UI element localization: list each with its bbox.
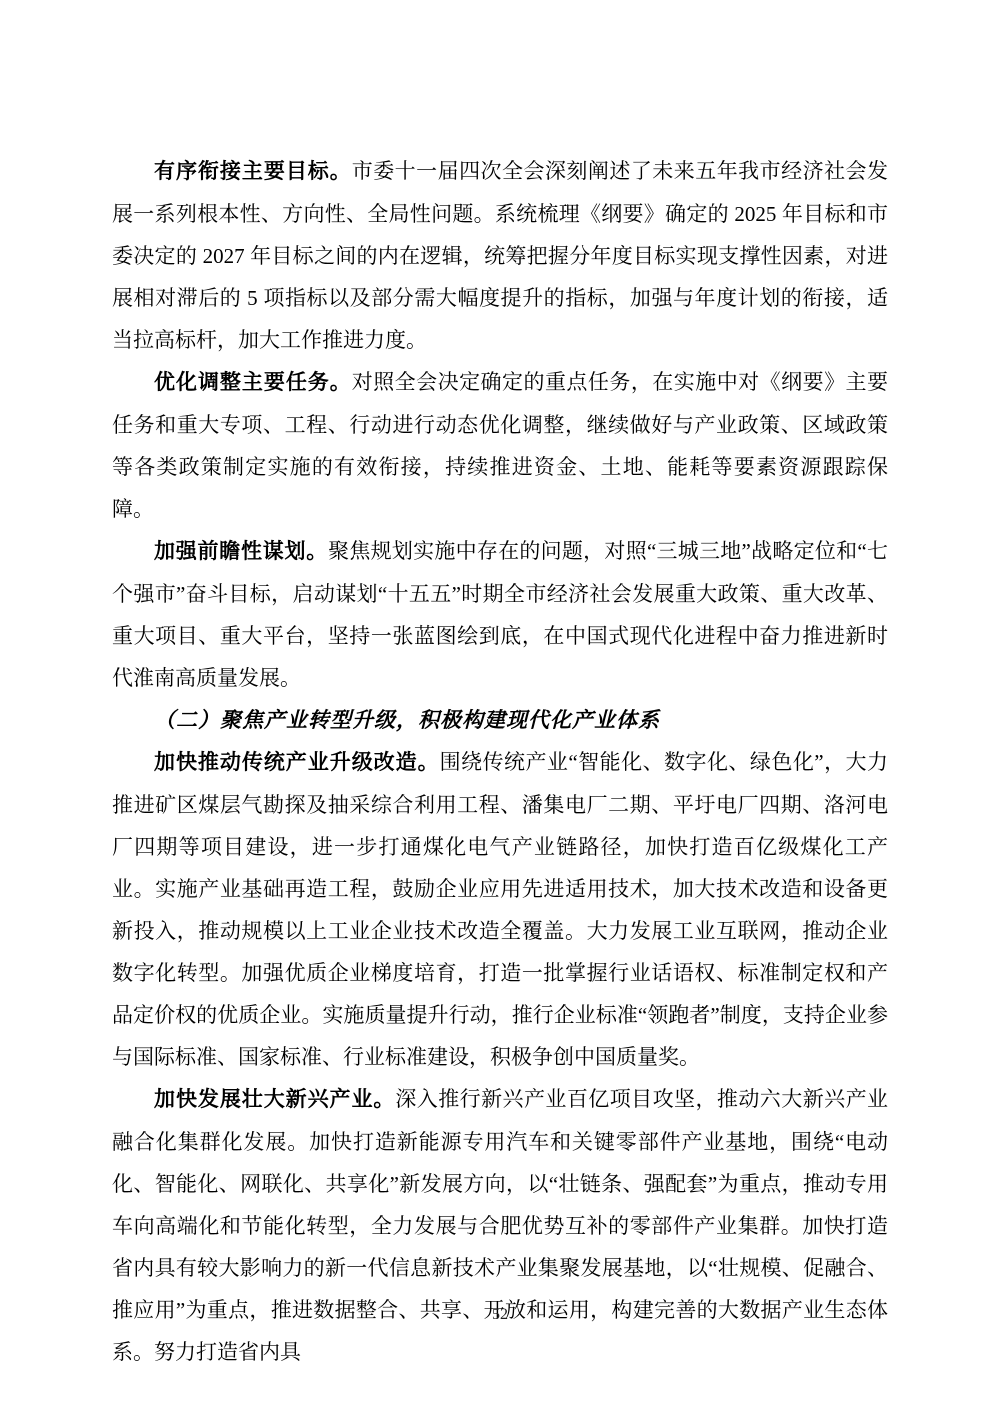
paragraph-main-tasks: 优化调整主要任务。对照全会决定确定的重点任务，在实施中对《纲要》主要任务和重大专… bbox=[112, 361, 888, 530]
paragraph-emerging-industry: 加快发展壮大新兴产业。深入推行新兴产业百亿项目攻坚，推动六大新兴产业融合化集群化… bbox=[112, 1078, 888, 1373]
paragraph-forward-planning: 加强前瞻性谋划。聚焦规划实施中存在的问题，对照“三城三地”战略定位和“七个强市”… bbox=[112, 530, 888, 699]
paragraph-traditional-industry-lead: 加快推动传统产业升级改造。 bbox=[154, 751, 440, 774]
paragraph-main-goals-lead: 有序衔接主要目标。 bbox=[154, 160, 352, 183]
document-body: 有序衔接主要目标。市委十一届四次全会深刻阐述了未来五年我市经济社会发展一系列根本… bbox=[112, 150, 888, 1373]
document-page: 有序衔接主要目标。市委十一届四次全会深刻阐述了未来五年我市经济社会发展一系列根本… bbox=[0, 0, 1000, 1415]
paragraph-traditional-industry: 加快推动传统产业升级改造。围绕传统产业“智能化、数字化、绿色化”，大力推进矿区煤… bbox=[112, 741, 888, 1078]
paragraph-forward-planning-lead: 加强前瞻性谋划。 bbox=[154, 540, 328, 563]
section-heading-industry-transformation: （二）聚焦产业转型升级，积极构建现代化产业体系 bbox=[112, 699, 888, 741]
paragraph-main-tasks-lead: 优化调整主要任务。 bbox=[154, 371, 352, 394]
paragraph-main-goals-text: 市委十一届四次全会深刻阐述了未来五年我市经济社会发展一系列根本性、方向性、全局性… bbox=[112, 159, 888, 352]
paragraph-emerging-industry-lead: 加快发展壮大新兴产业。 bbox=[154, 1088, 395, 1111]
paragraph-traditional-industry-text: 围绕传统产业“智能化、数字化、绿色化”，大力推进矿区煤层气勘探及抽采综合利用工程… bbox=[112, 750, 888, 1069]
page-number: 52 bbox=[0, 1306, 1000, 1324]
paragraph-main-goals: 有序衔接主要目标。市委十一届四次全会深刻阐述了未来五年我市经济社会发展一系列根本… bbox=[112, 150, 888, 361]
